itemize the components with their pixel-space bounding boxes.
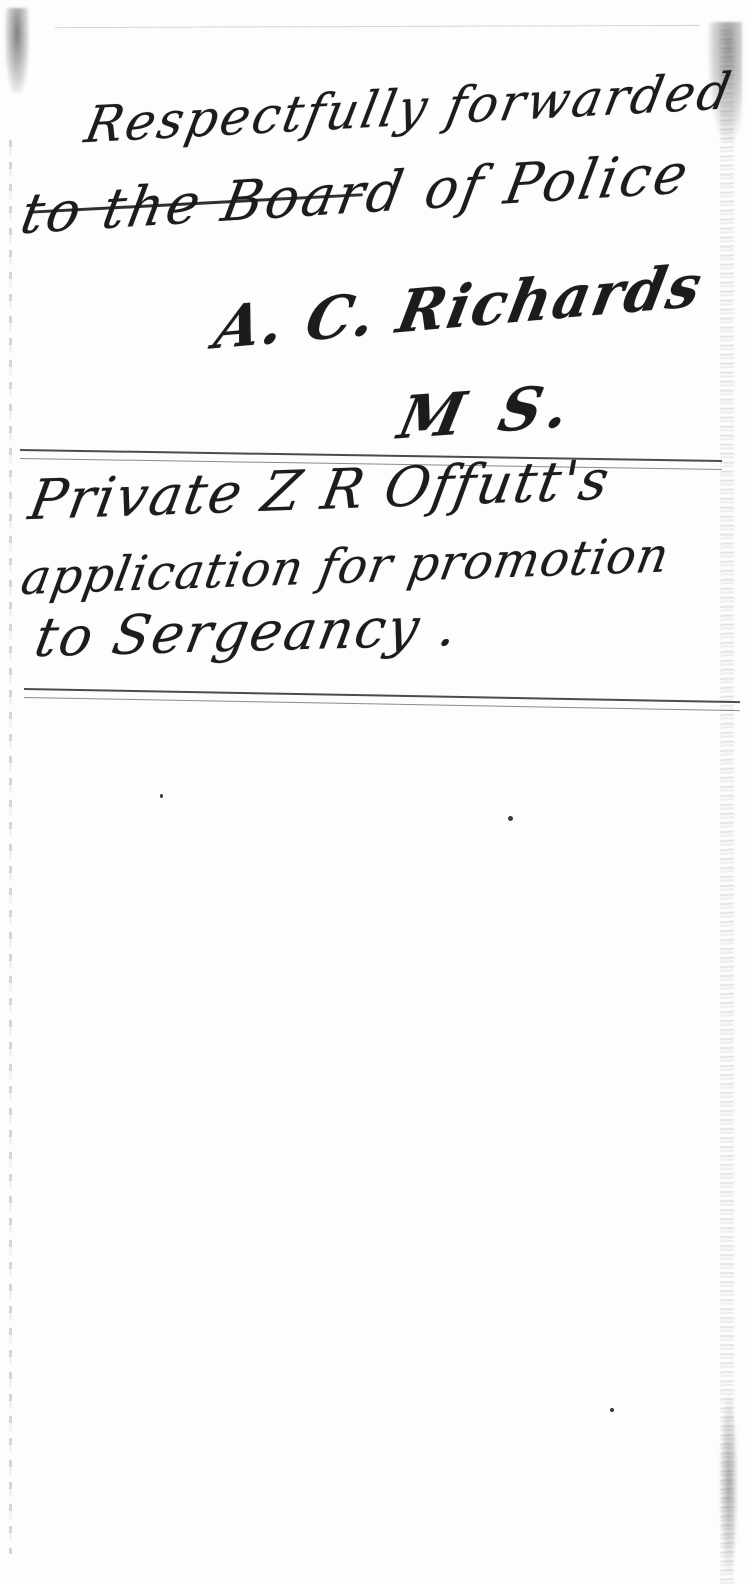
ink-speck (160, 794, 163, 798)
page-edge-right (720, 30, 734, 1584)
ink-speck (610, 1408, 614, 1412)
endorsement-line-1: Respectfully forwarded (80, 62, 738, 155)
page-edge-left (9, 140, 12, 1554)
docket-line-3: to Sergeancy . (30, 595, 464, 669)
separator-double-rule-bottom (24, 688, 740, 711)
signature-a-c-richards: A. C. Richards (209, 251, 709, 363)
scanned-document-page: Respectfully forwarded to the Board of P… (0, 0, 746, 1584)
faint-top-line (55, 25, 700, 28)
top-left-ink-smudge (5, 8, 29, 93)
bottom-right-ink-smudge (720, 1394, 738, 1574)
signature-title-initials: M S. (393, 371, 584, 453)
ink-speck (508, 816, 513, 821)
docket-line-2: application for promotion (17, 527, 674, 606)
